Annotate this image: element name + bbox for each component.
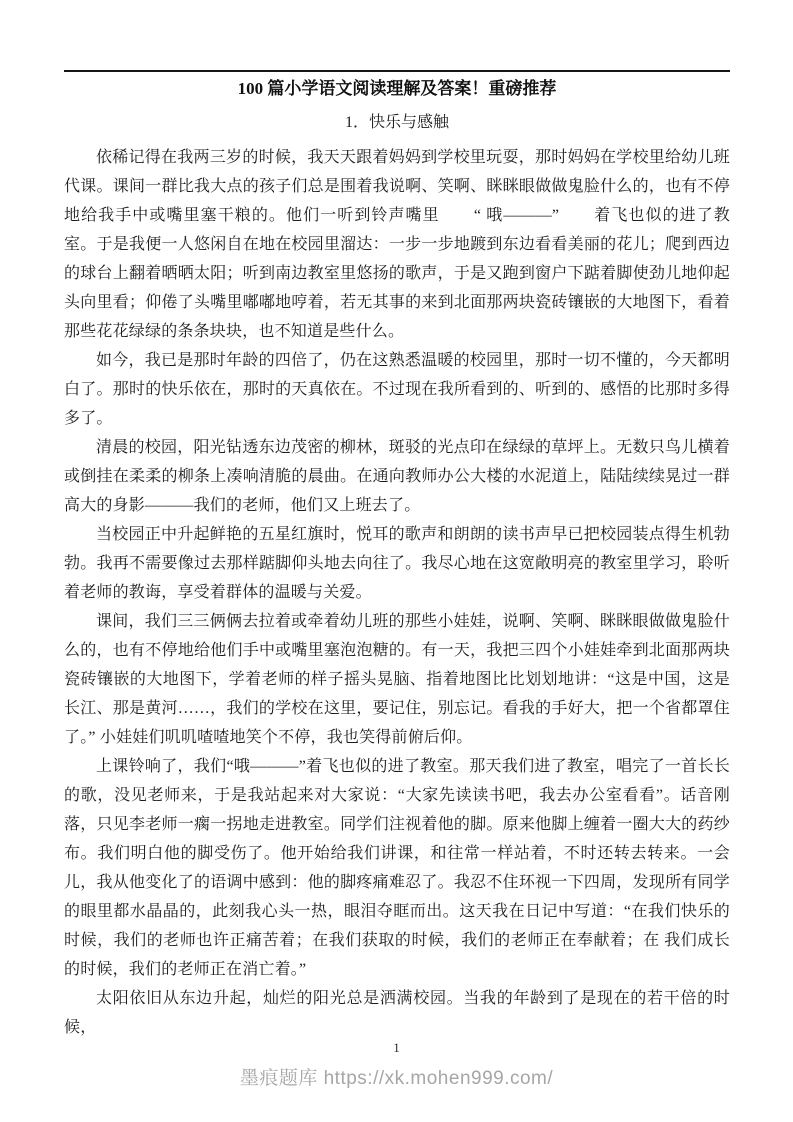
body-paragraph-2: 如今，我已是那时年龄的四倍了，仍在这熟悉温暖的校园里，那时一切不懂的，今天都明白… <box>64 346 730 433</box>
document-page: 100 篇小学语文阅读理解及答案！重磅推荐 1．快乐与感触 依稀记得在我两三岁的… <box>0 0 793 1122</box>
body-paragraph-6: 上课铃响了，我们“哦———”着飞也似的进了教室。那天我们进了教室，唱完了一首长长… <box>64 752 730 984</box>
body-paragraph-3: 清晨的校园，阳光钻透东边茂密的柳林，斑驳的光点印在绿绿的草坪上。无数只鸟儿横着或… <box>64 433 730 520</box>
section-title: 1．快乐与感触 <box>64 110 730 136</box>
footer-watermark: 墨痕题库 https://xk.mohen999.com/ <box>0 1063 793 1090</box>
document-title: 100 篇小学语文阅读理解及答案！重磅推荐 <box>64 77 730 101</box>
header-rule <box>64 70 730 72</box>
body-paragraph-1: 依稀记得在我两三岁的时候，我天天跟着妈妈到学校里玩耍，那时妈妈在学校里给幼儿班代… <box>64 143 730 346</box>
body-paragraph-7: 太阳依旧从东边升起，灿烂的阳光总是洒满校园。当我的年龄到了是现在的若干倍的时候， <box>64 984 730 1042</box>
body-paragraph-5: 课间，我们三三俩俩去拉着或牵着幼儿班的那些小娃娃，说啊、笑啊、眯眯眼做做鬼脸什么… <box>64 607 730 752</box>
page-number: 1 <box>0 1040 793 1056</box>
document-body: 依稀记得在我两三岁的时候，我天天跟着妈妈到学校里玩耍，那时妈妈在学校里给幼儿班代… <box>64 143 730 1042</box>
body-paragraph-4: 当校园正中升起鲜艳的五星红旗时，悦耳的歌声和朗朗的读书声早已把校园装点得生机勃勃… <box>64 520 730 607</box>
